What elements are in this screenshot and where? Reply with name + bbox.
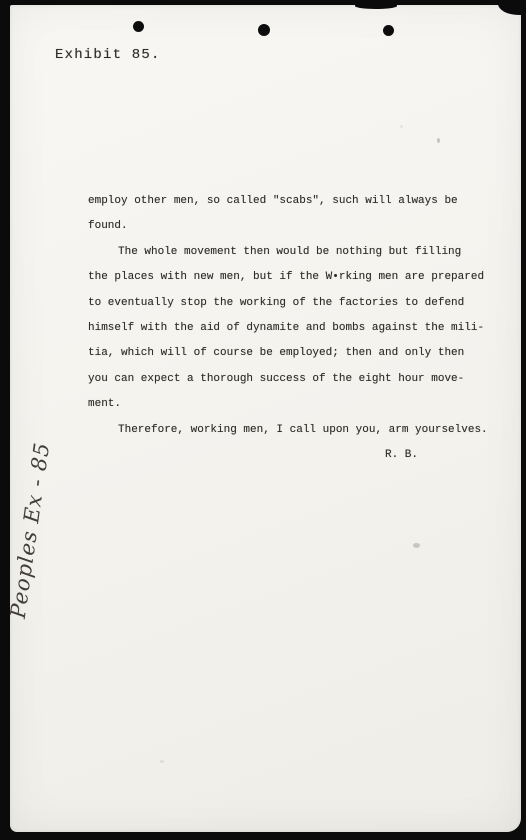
typed-line-1: employ other men, so called "scabs", suc… — [88, 189, 488, 214]
paper-speck — [437, 138, 440, 143]
scan-edge-artifact — [355, 3, 397, 9]
typed-line-9: ment. — [88, 392, 488, 417]
punch-hole-icon — [383, 25, 394, 36]
typed-line-6: himself with the aid of dynamite and bom… — [88, 316, 488, 341]
typed-line-10: Therefore, working men, I call upon you,… — [88, 418, 488, 443]
typed-line-2: found. — [88, 214, 488, 239]
handwritten-margin-note: Peoples Ex - 85 — [6, 439, 67, 622]
punch-hole-icon — [133, 21, 144, 32]
typed-line-3: The whole movement then would be nothing… — [88, 240, 488, 265]
document-page: Exhibit 85. employ other men, so called … — [10, 5, 521, 832]
typed-line-5: to eventually stop the working of the fa… — [88, 291, 488, 316]
exhibit-label: Exhibit 85. — [55, 47, 161, 63]
paper-speck — [160, 760, 164, 763]
punch-hole-icon — [258, 24, 270, 36]
signature-initials: R. B. — [385, 443, 488, 468]
typed-text-block: employ other men, so called "scabs", suc… — [88, 189, 488, 468]
typed-line-7: tia, which will of course be employed; t… — [88, 341, 488, 366]
paper-speck — [400, 125, 403, 128]
paper-speck — [413, 543, 420, 548]
typed-line-4: the places with new men, but if the W•rk… — [88, 265, 488, 290]
scan-background: Exhibit 85. employ other men, so called … — [0, 0, 526, 840]
typed-line-8: you can expect a thorough success of the… — [88, 367, 488, 392]
